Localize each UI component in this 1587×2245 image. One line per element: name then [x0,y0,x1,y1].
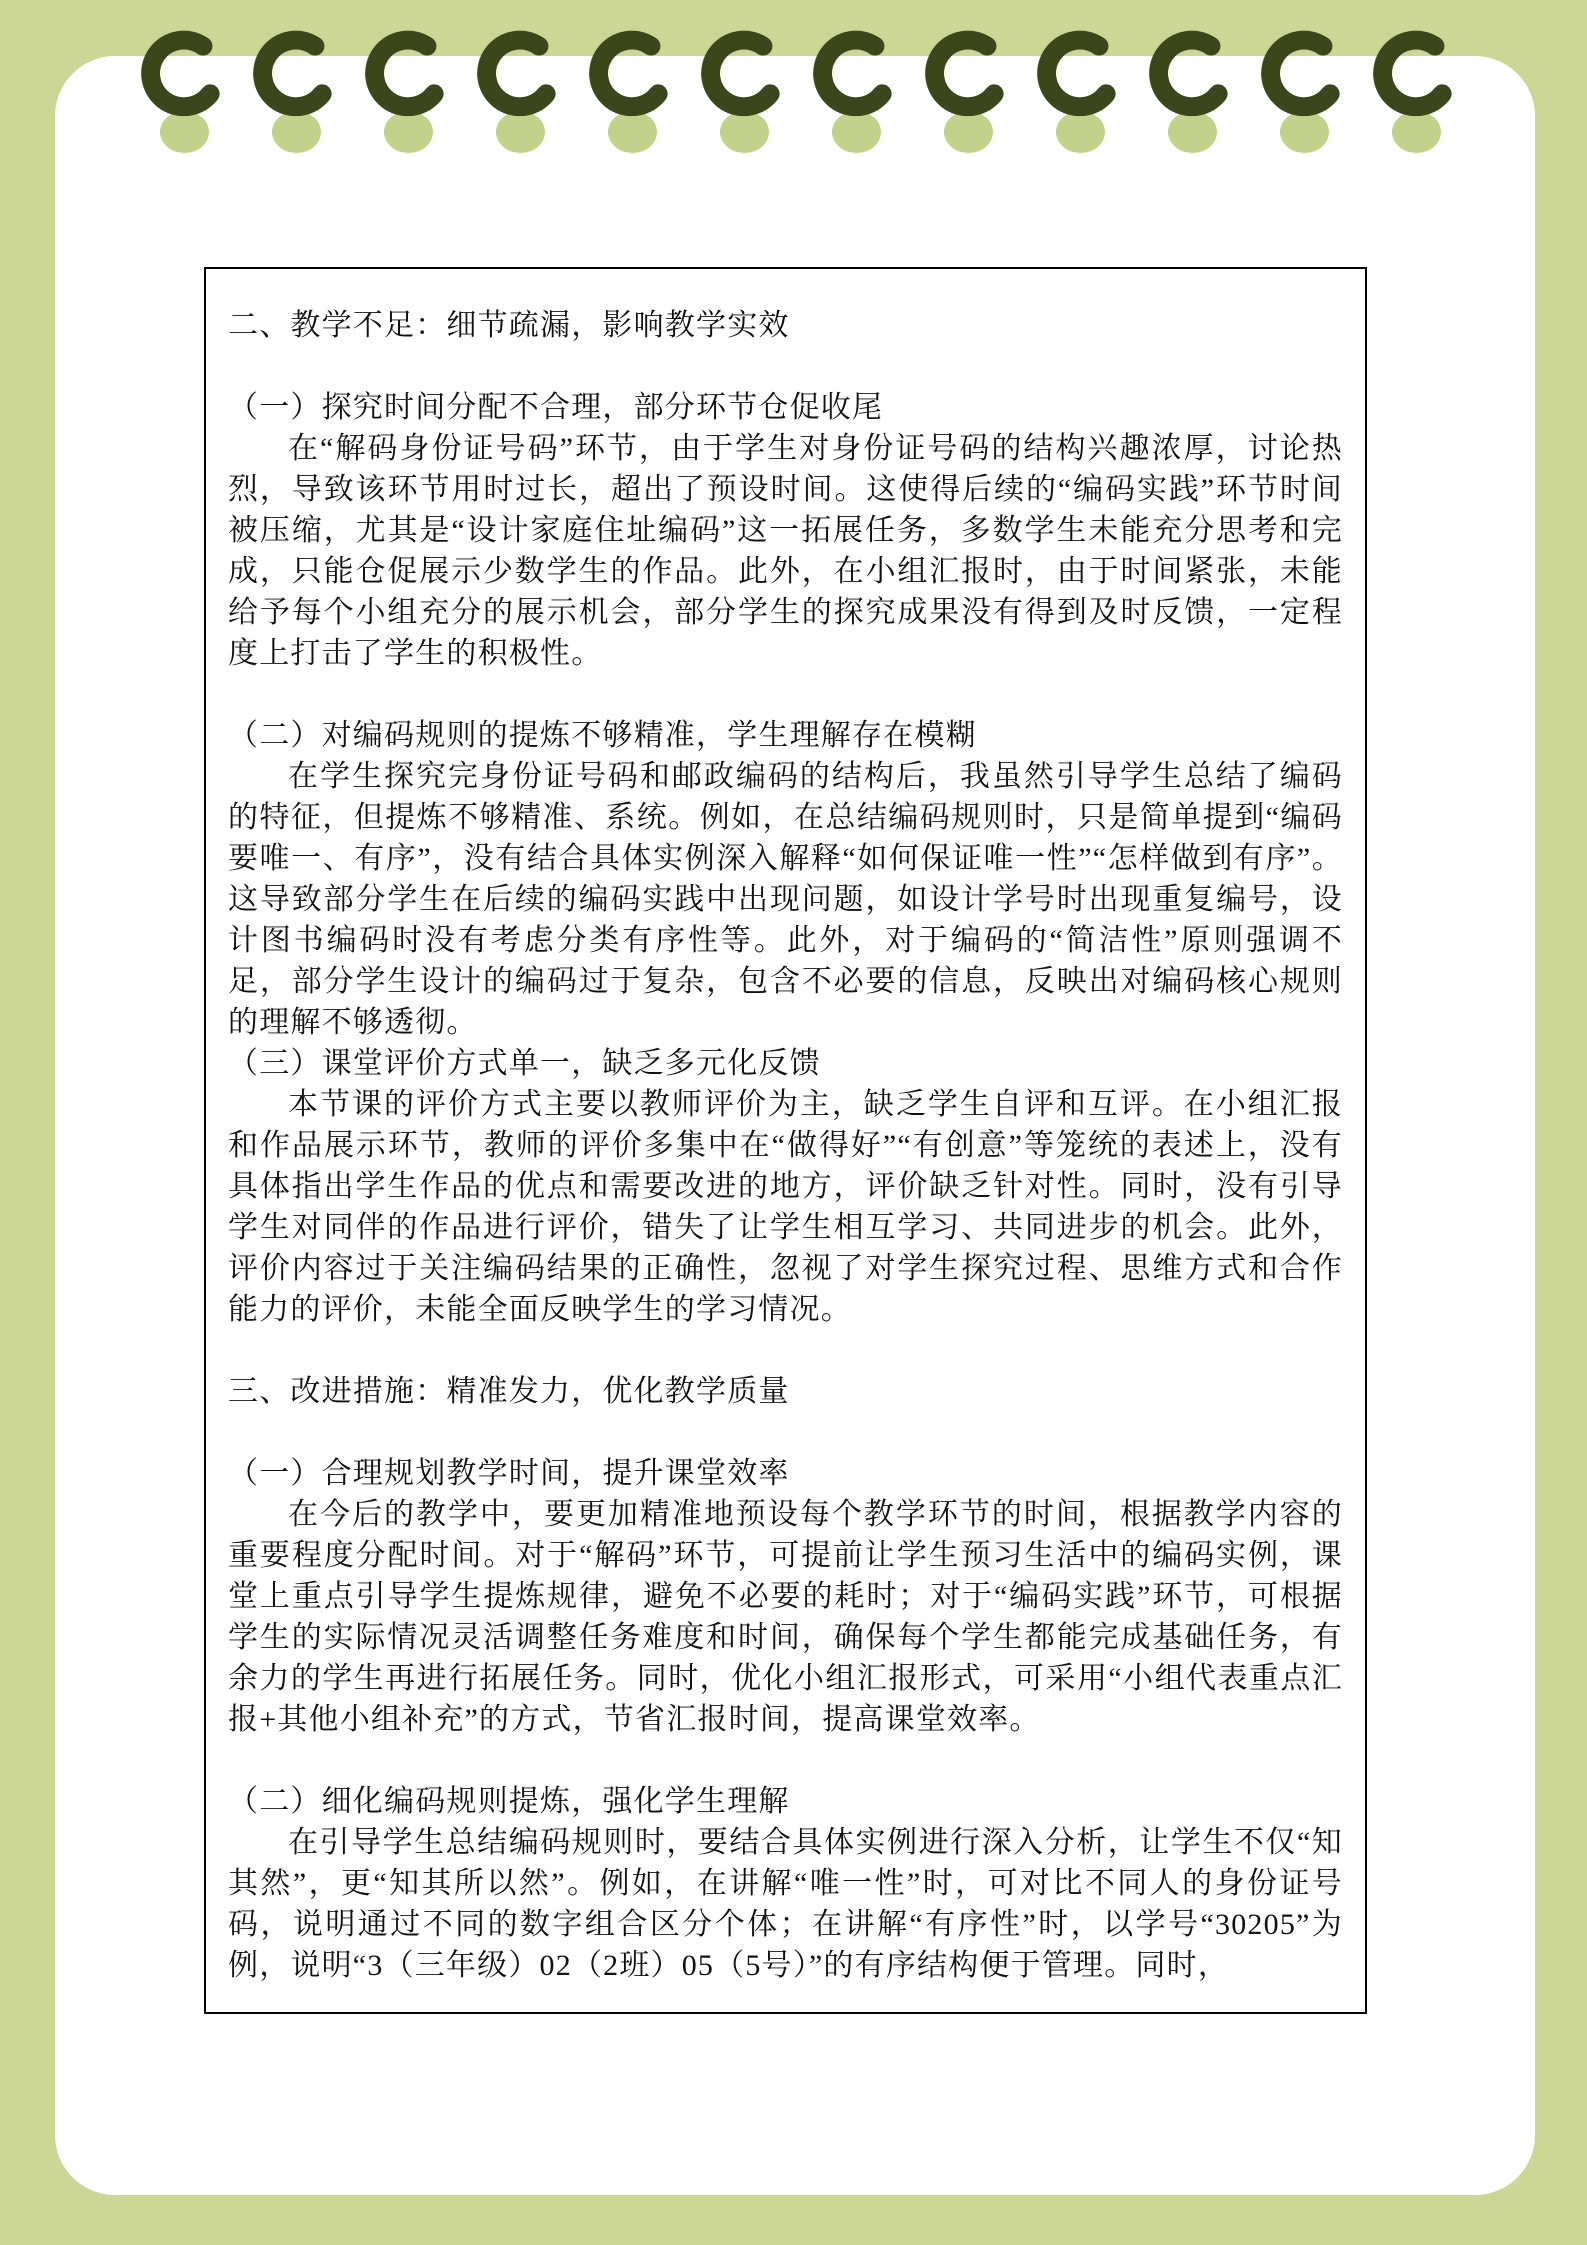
section-heading: （一）探究时间分配不合理，部分环节仓促收尾 [228,387,1343,428]
spiral-binding [0,0,1587,200]
section-heading: （二）细化编码规则提炼，强化学生理解 [228,1781,1343,1822]
document-body: 二、教学不足：细节疏漏，影响教学实效（一）探究时间分配不合理，部分环节仓促收尾在… [228,305,1343,1986]
spiral-ring-icon [1260,28,1350,120]
paragraph: 本节课的评价方式主要以教师评价为主，缺乏学生自评和互评。在小组汇报和作品展示环节… [228,1084,1343,1330]
spiral-ring-icon [476,28,566,120]
reflection-text-box: 二、教学不足：细节疏漏，影响教学实效（一）探究时间分配不合理，部分环节仓促收尾在… [204,267,1367,2014]
spiral-ring-icon [924,28,1014,120]
paragraph: 在今后的教学中，要更加精准地预设每个教学环节的时间，根据教学内容的重要程度分配时… [228,1494,1343,1740]
section-heading: 二、教学不足：细节疏漏，影响教学实效 [228,305,1343,346]
paragraph: 在“解码身份证号码”环节，由于学生对身份证号码的结构兴趣浓厚，讨论热烈，导致该环… [228,428,1343,674]
spiral-ring-icon [364,28,454,120]
spiral-ring-icon [1148,28,1238,120]
spiral-ring-icon [588,28,678,120]
spiral-ring-icon [1372,28,1462,120]
section-heading: （三）课堂评价方式单一，缺乏多元化反馈 [228,1043,1343,1084]
spiral-ring-icon [700,28,790,120]
spiral-ring-icon [140,28,230,120]
section-heading: （二）对编码规则的提炼不够精准，学生理解存在模糊 [228,715,1343,756]
paragraph: 在引导学生总结编码规则时，要结合具体实例进行深入分析，让学生不仅“知其然”，更“… [228,1822,1343,1986]
section-heading: （一）合理规划教学时间，提升课堂效率 [228,1453,1343,1494]
section-heading: 三、改进措施：精准发力，优化教学质量 [228,1371,1343,1412]
paragraph: 在学生探究完身份证号码和邮政编码的结构后，我虽然引导学生总结了编码的特征，但提炼… [228,756,1343,1043]
spiral-ring-icon [1036,28,1126,120]
spiral-ring-icon [252,28,342,120]
spiral-ring-icon [812,28,902,120]
